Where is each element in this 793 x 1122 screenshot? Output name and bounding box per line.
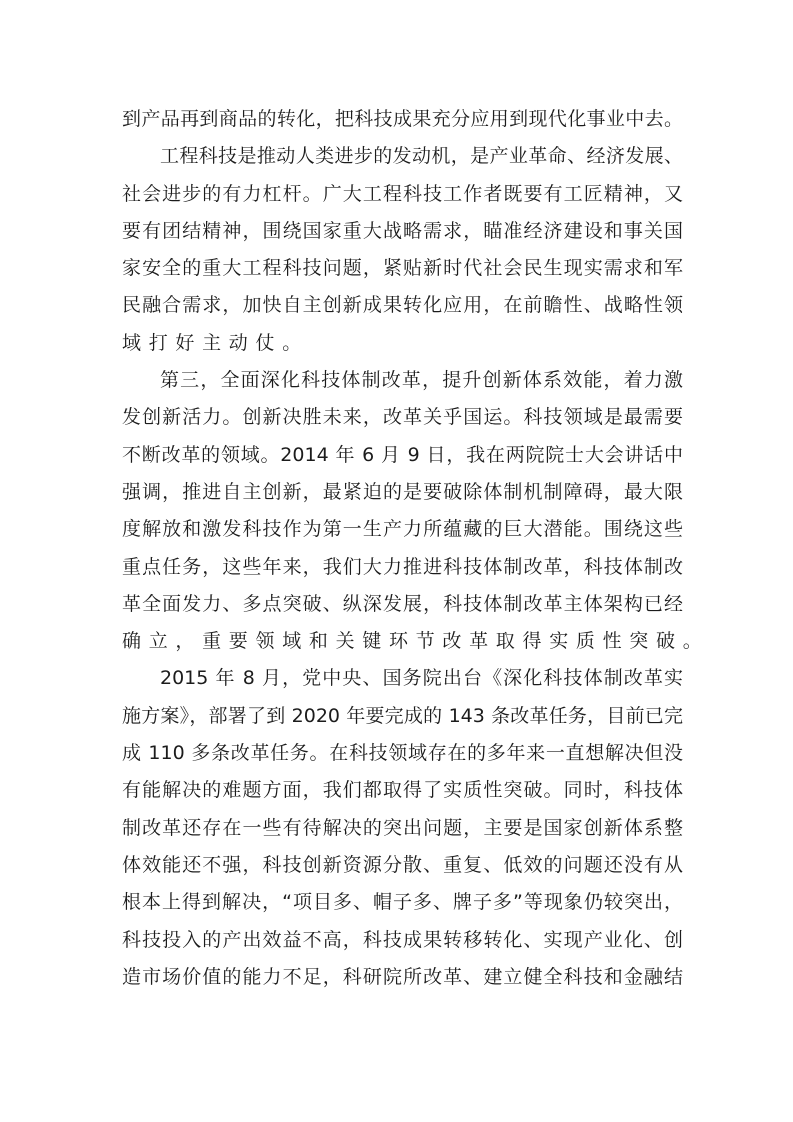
text-line: 要有团结精神，围绕国家重大战略需求，瞄准经济建设和事关国 bbox=[122, 213, 683, 250]
text-line: 制改革还存在一些有待解决的突出问题，主要是国家创新体系整 bbox=[122, 810, 683, 847]
text-line: 造市场价值的能力不足，科研院所改革、建立健全科技和金融结 bbox=[122, 959, 683, 996]
text-line: 重点任务，这些年来，我们大力推进科技体制改革，科技体制改 bbox=[122, 549, 683, 586]
text-line: 社会进步的有力杠杆。广大工程科技工作者既要有工匠精神，又 bbox=[122, 176, 683, 213]
text-line: 发创新活力。创新决胜未来，改革关乎国运。科技领域是最需要 bbox=[122, 399, 683, 436]
body-text: 到产品再到商品的转化，把科技成果充分应用到现代化事业中去。 工程科技是推动人类进… bbox=[122, 101, 683, 996]
text-line: 根本上得到解决，“项目多、帽子多、牌子多”等现象仍较突出， bbox=[122, 884, 683, 921]
text-line: 第三，全面深化科技体制改革，提升创新体系效能，着力激 bbox=[122, 362, 683, 399]
text-line: 到产品再到商品的转化，把科技成果充分应用到现代化事业中去。 bbox=[122, 101, 683, 138]
text-line: 有能解决的难题方面，我们都取得了实质性突破。同时，科技体 bbox=[122, 772, 683, 809]
text-line: 不断改革的领域。2014 年 6 月 9 日，我在两院院士大会讲话中 bbox=[122, 437, 683, 474]
text-line: 度解放和激发科技作为第一生产力所蕴藏的巨大潜能。围绕这些 bbox=[122, 511, 683, 548]
text-line: 强调，推进自主创新，最紧迫的是要破除体制机制障碍，最大限 bbox=[122, 474, 683, 511]
text-line: 家安全的重大工程科技问题，紧贴新时代社会民生现实需求和军 bbox=[122, 250, 683, 287]
text-line: 革全面发力、多点突破、纵深发展，科技体制改革主体架构已经 bbox=[122, 586, 683, 623]
text-line: 域打好主动仗。 bbox=[122, 325, 683, 362]
text-line: 民融合需求，加快自主创新成果转化应用，在前瞻性、战略性领 bbox=[122, 287, 683, 324]
text-line: 工程科技是推动人类进步的发动机，是产业革命、经济发展、 bbox=[122, 138, 683, 175]
text-line: 体效能还不强，科技创新资源分散、重复、低效的问题还没有从 bbox=[122, 847, 683, 884]
document-page: 到产品再到商品的转化，把科技成果充分应用到现代化事业中去。 工程科技是推动人类进… bbox=[0, 0, 793, 1122]
text-line: 科技投入的产出效益不高，科技成果转移转化、实现产业化、创 bbox=[122, 922, 683, 959]
text-line: 确立，重要领域和关键环节改革取得实质性突破。 bbox=[122, 623, 683, 660]
text-line: 成 110 多条改革任务。在科技领域存在的多年来一直想解决但没 bbox=[122, 735, 683, 772]
text-line: 施方案》，部署了到 2020 年要完成的 143 条改革任务，目前已完 bbox=[122, 698, 683, 735]
text-line: 2015 年 8 月，党中央、国务院出台《深化科技体制改革实 bbox=[122, 660, 683, 697]
